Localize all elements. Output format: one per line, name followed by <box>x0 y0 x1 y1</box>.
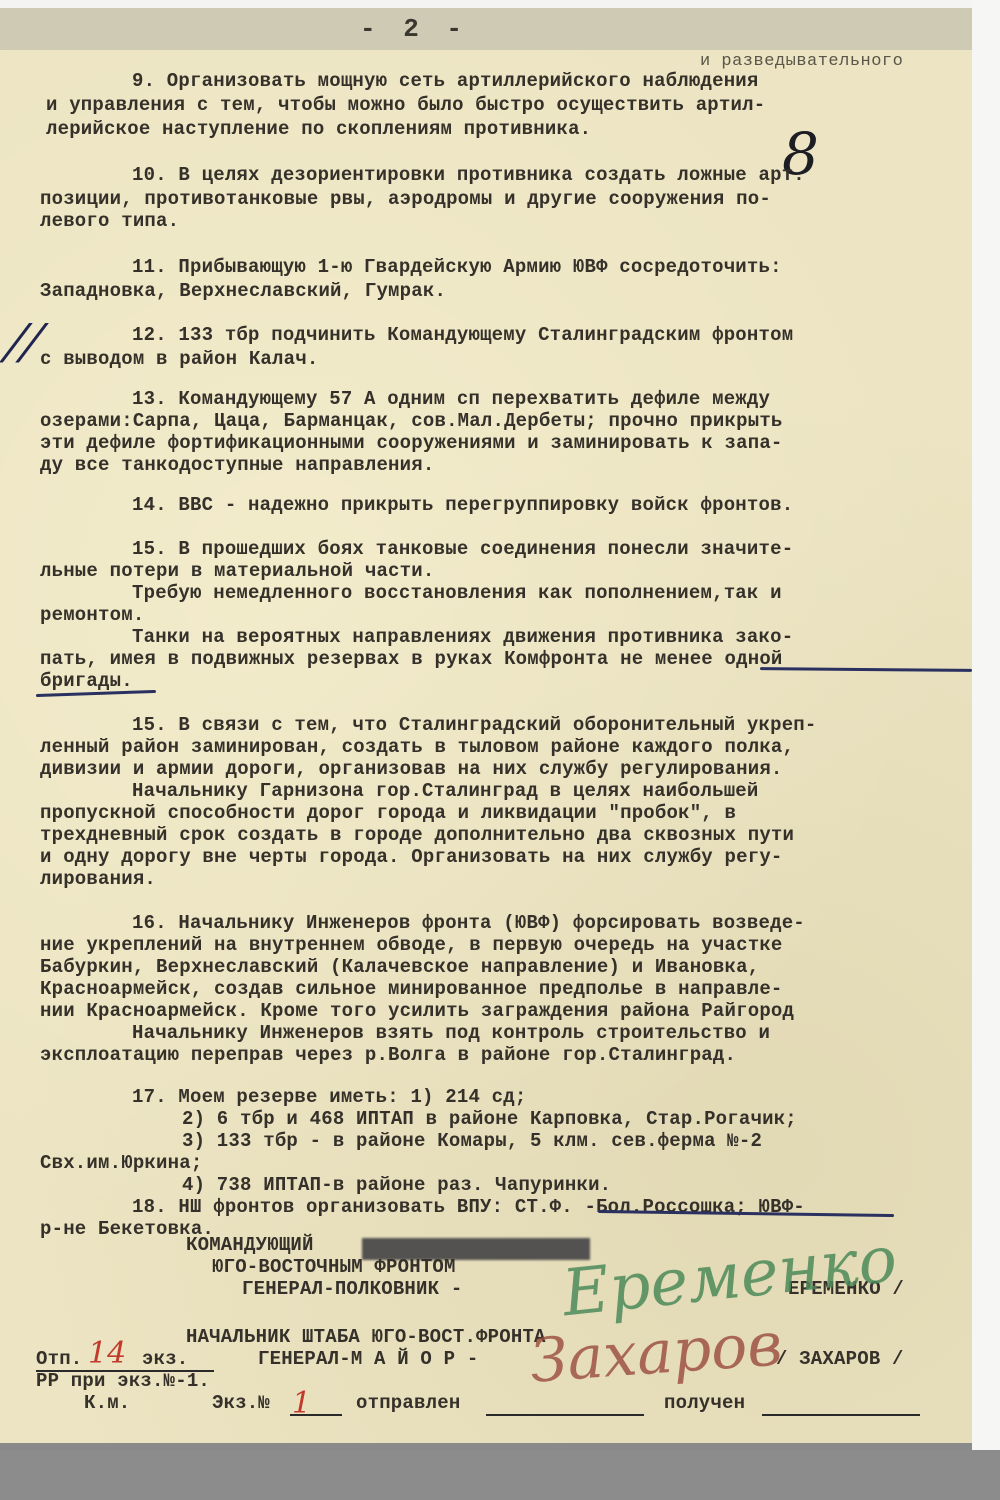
text-line: ремонтом. <box>40 604 144 626</box>
page-number: - 2 - <box>360 14 468 44</box>
blank-line <box>486 1414 644 1416</box>
signatory-name: / ЗАХАРОВ / <box>776 1348 904 1370</box>
text-line: позиции, противотанковые рвы, аэродромы … <box>40 188 771 210</box>
text-line: лерийское наступление по скоплениям прот… <box>46 118 591 140</box>
bottom-border <box>0 1450 1000 1500</box>
text-line: эти дефиле фортификационными сооружениям… <box>40 432 783 454</box>
text-line: 15. В прошедших боях танковые соединения… <box>132 538 793 560</box>
text-line: 11. Прибывающую 1-ю Гвардейскую Армию ЮВ… <box>132 256 782 278</box>
blue-underline <box>760 667 972 672</box>
text-line: 15. В связи с тем, что Сталинградский об… <box>132 714 817 736</box>
text-line: Танки на вероятных направлениях движения… <box>132 626 793 648</box>
signature-title: ГЕНЕРАЛ-М А Й О Р - <box>258 1348 478 1370</box>
right-border <box>972 0 1000 1450</box>
text-line: Начальнику Гарнизона гор.Сталинград в це… <box>132 780 759 802</box>
text-line: и одну дорогу вне черты города. Организо… <box>40 846 783 868</box>
text-line: 14. ВВС - надежно прикрыть перегруппиров… <box>132 494 793 516</box>
text-line: левого типа. <box>40 210 179 232</box>
document-page: - 2 - и разведывательного 8 // 9. Органи… <box>0 8 972 1443</box>
top-border <box>0 0 1000 8</box>
footer-line: отправлен <box>356 1392 460 1414</box>
page-header-band <box>0 8 972 50</box>
text-line: 17. Моем резерве иметь: 1) 214 сд; <box>132 1086 526 1108</box>
text-line: Западновка, Верхнеславский, Гумрак. <box>40 280 446 302</box>
footer-line: Экз.№ <box>212 1392 270 1414</box>
text-line: лирования. <box>40 868 156 890</box>
copies-suffix: экз. <box>142 1348 188 1370</box>
text-line: с выводом в район Калач. <box>40 348 318 370</box>
blank-line <box>290 1414 342 1416</box>
signature-title: ГЕНЕРАЛ-ПОЛКОВНИК - <box>242 1278 462 1300</box>
copies-prefix: Отп. <box>36 1348 82 1370</box>
text-line: ленный район заминирован, создать в тыло… <box>40 736 794 758</box>
text-line: 9. Организовать мощную сеть артиллерийск… <box>132 70 759 92</box>
text-line: пать, имея в подвижных резервах в руках … <box>40 648 783 670</box>
text-line: дивизии и армии дороги, организовав на н… <box>40 758 783 780</box>
text-line: Красноармейск, создав сильное минированн… <box>40 978 783 1000</box>
text-line: 2) 6 тбр и 468 ИПТАП в районе Карповка, … <box>182 1108 797 1130</box>
signature-title: КОМАНДУЮЩИЙ <box>186 1234 314 1256</box>
text-line: ние укреплений на внутреннем обводе, в п… <box>40 934 783 956</box>
text-line: и управления с тем, чтобы можно было быс… <box>46 94 765 116</box>
text-line: трехдневный срок создать в городе дополн… <box>40 824 794 846</box>
text-line: 12. 133 тбр подчинить Командующему Стали… <box>132 324 793 346</box>
text-line: 10. В целях дезориентировки противника с… <box>132 164 805 186</box>
signature-title: ЮГО-ВОСТОЧНЫМ ФРОНТОМ <box>212 1256 456 1278</box>
signature-title: НАЧАЛЬНИК ШТАБА ЮГО-ВОСТ.ФРОНТА <box>186 1326 546 1348</box>
text-line: пропускной способности дорог города и ли… <box>40 802 736 824</box>
text-line: Начальнику Инженеров взять под контроль … <box>132 1022 770 1044</box>
text-line: 4) 738 ИПТАП-в районе раз. Чапуринки. <box>182 1174 611 1196</box>
text-line: 18. НШ фронтов организовать ВПУ: СТ.Ф. -… <box>132 1196 805 1218</box>
text-line: озерами:Сарпа, Цаца, Барманцак, сов.Мал.… <box>40 410 783 432</box>
text-line: льные потери в материальной части. <box>40 560 434 582</box>
text-line: Свх.им.Юркина; <box>40 1152 202 1174</box>
text-line: нии Красноармейск. Кроме того усилить за… <box>40 1000 794 1022</box>
copies-number: 14 <box>88 1336 126 1371</box>
text-line: 16. Начальнику Инженеров фронта (ЮВФ) фо… <box>132 912 805 934</box>
footer-line: получен <box>664 1392 745 1414</box>
text-line: Требую немедленного восстановления как п… <box>132 582 782 604</box>
text-line: Бабуркин, Верхнеславский (Калачевское на… <box>40 956 759 978</box>
blank-line <box>762 1414 920 1416</box>
inserted-text: и разведывательного <box>700 52 903 71</box>
text-line: бригады. <box>40 670 133 692</box>
footer-line: К.м. <box>84 1392 130 1414</box>
text-line: 13. Командующему 57 А одним сп перехвати… <box>132 388 770 410</box>
text-line: ду все танкодоступные направления. <box>40 454 434 476</box>
text-line: 3) 133 тбр - в районе Комары, 5 клм. сев… <box>182 1130 762 1152</box>
footer-line: РР при экз.№-1. <box>36 1370 210 1392</box>
text-line: эксплоатацию переправ через р.Волга в ра… <box>40 1044 736 1066</box>
